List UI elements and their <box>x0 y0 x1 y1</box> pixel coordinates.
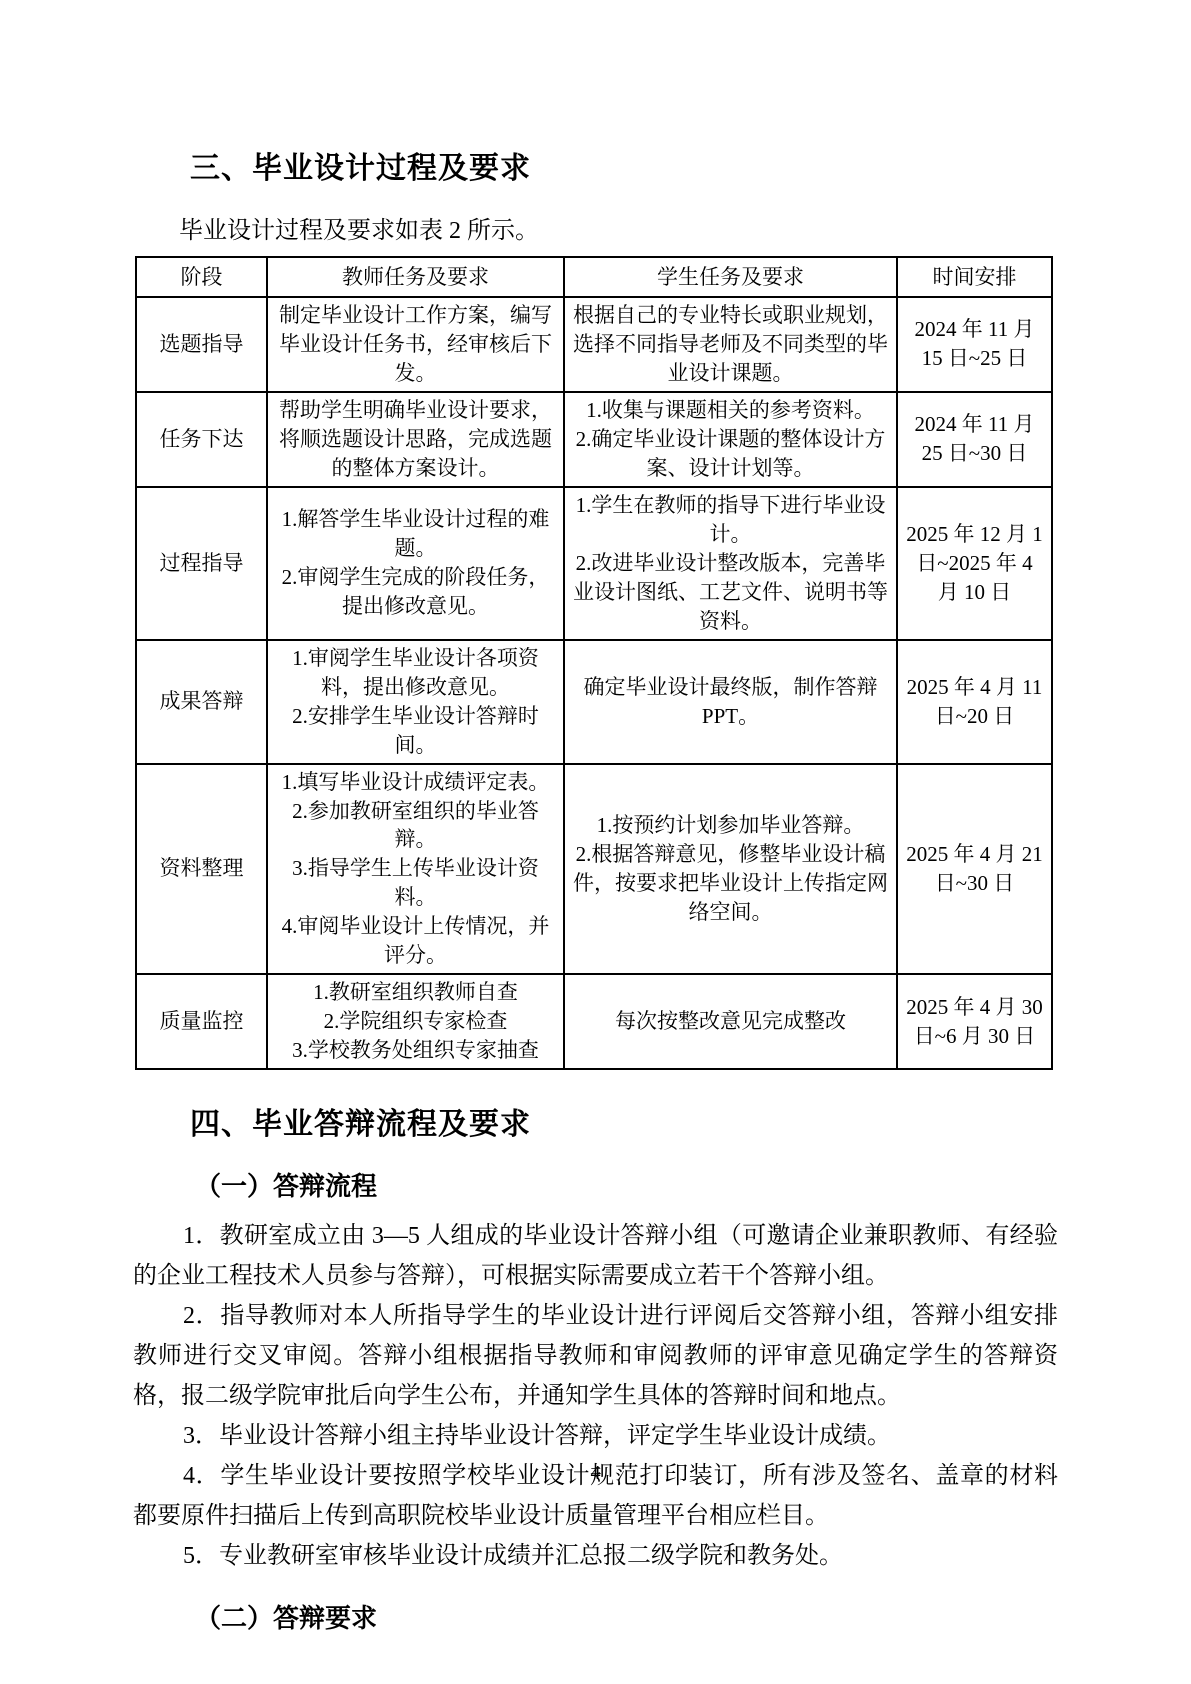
defense-paragraph: 1．教研室成立由 3—5 人组成的毕业设计答辩小组（可邀请企业兼职教师、有经验的… <box>133 1216 1058 1296</box>
document-page: 三、毕业设计过程及要求 毕业设计过程及要求如表 2 所示。 阶段 教师任务及要求… <box>0 0 1191 1684</box>
table-header-row: 阶段 教师任务及要求 学生任务及要求 时间安排 <box>136 257 1052 297</box>
stage-cell: 选题指导 <box>136 297 267 392</box>
time-cell: 2025 年 4 月 11 日~20 日 <box>897 640 1052 764</box>
time-cell: 2024 年 11 月 25 日~30 日 <box>897 392 1052 487</box>
time-cell: 2025 年 12 月 1 日~2025 年 4 月 10 日 <box>897 487 1052 640</box>
stage-cell: 成果答辩 <box>136 640 267 764</box>
header-schedule: 时间安排 <box>897 257 1052 297</box>
student-cell: 根据自己的专业特长或职业规划，选择不同指导老师及不同类型的毕业设计课题。 <box>564 297 897 392</box>
process-requirements-table: 阶段 教师任务及要求 学生任务及要求 时间安排 选题指导 制定毕业设计工作方案，… <box>135 256 1053 1070</box>
student-cell: 1.学生在教师的指导下进行毕业设计。 2.改进毕业设计整改版本，完善毕业设计图纸… <box>564 487 897 640</box>
defense-process-subheading: （一）答辩流程 <box>195 1170 1058 1202</box>
table-intro-text: 毕业设计过程及要求如表 2 所示。 <box>133 214 1058 248</box>
defense-requirements-subheading: （二）答辩要求 <box>195 1602 1058 1634</box>
stage-cell: 任务下达 <box>136 392 267 487</box>
teacher-cell: 1.填写毕业设计成绩评定表。 2.参加教研室组织的毕业答辩。 3.指导学生上传毕… <box>267 764 564 975</box>
stage-cell: 过程指导 <box>136 487 267 640</box>
student-cell: 每次按整改意见完成整改 <box>564 974 897 1069</box>
defense-paragraph: 2．指导教师对本人所指导学生的毕业设计进行评阅后交答辩小组，答辩小组安排教师进行… <box>133 1296 1058 1416</box>
teacher-cell: 1.解答学生毕业设计过程的难题。 2.审阅学生完成的阶段任务，提出修改意见。 <box>267 487 564 640</box>
teacher-cell: 1.教研室组织教师自查 2.学院组织专家检查 3.学校教务处组织专家抽查 <box>267 974 564 1069</box>
time-cell: 2025 年 4 月 21 日~30 日 <box>897 764 1052 975</box>
time-cell: 2025 年 4 月 30 日~6 月 30 日 <box>897 974 1052 1069</box>
time-cell: 2024 年 11 月 15 日~25 日 <box>897 297 1052 392</box>
stage-cell: 质量监控 <box>136 974 267 1069</box>
table-row: 过程指导 1.解答学生毕业设计过程的难题。 2.审阅学生完成的阶段任务，提出修改… <box>136 487 1052 640</box>
teacher-cell: 1.审阅学生毕业设计各项资料，提出修改意见。 2.安排学生毕业设计答辩时间。 <box>267 640 564 764</box>
student-cell: 确定毕业设计最终版，制作答辩 PPT。 <box>564 640 897 764</box>
page-number: 4 <box>0 1462 1191 1485</box>
table-row: 成果答辩 1.审阅学生毕业设计各项资料，提出修改意见。 2.安排学生毕业设计答辩… <box>136 640 1052 764</box>
header-stage: 阶段 <box>136 257 267 297</box>
teacher-cell: 帮助学生明确毕业设计要求，将顺选题设计思路，完成选题的整体方案设计。 <box>267 392 564 487</box>
teacher-cell: 制定毕业设计工作方案，编写毕业设计任务书，经审核后下发。 <box>267 297 564 392</box>
student-cell: 1.收集与课题相关的参考资料。 2.确定毕业设计课题的整体设计方案、设计计划等。 <box>564 392 897 487</box>
defense-process-paragraphs: 1．教研室成立由 3—5 人组成的毕业设计答辩小组（可邀请企业兼职教师、有经验的… <box>133 1216 1058 1576</box>
table-row: 资料整理 1.填写毕业设计成绩评定表。 2.参加教研室组织的毕业答辩。 3.指导… <box>136 764 1052 975</box>
header-teacher-tasks: 教师任务及要求 <box>267 257 564 297</box>
section3-heading: 三、毕业设计过程及要求 <box>190 150 1058 188</box>
student-cell: 1.按预约计划参加毕业答辩。 2.根据答辩意见，修整毕业设计稿件，按要求把毕业设… <box>564 764 897 975</box>
stage-cell: 资料整理 <box>136 764 267 975</box>
section4-heading: 四、毕业答辩流程及要求 <box>190 1106 1058 1144</box>
header-student-tasks: 学生任务及要求 <box>564 257 897 297</box>
defense-paragraph: 5．专业教研室审核毕业设计成绩并汇总报二级学院和教务处。 <box>133 1536 1058 1576</box>
defense-paragraph: 3．毕业设计答辩小组主持毕业设计答辩，评定学生毕业设计成绩。 <box>133 1416 1058 1456</box>
table-row: 选题指导 制定毕业设计工作方案，编写毕业设计任务书，经审核后下发。 根据自己的专… <box>136 297 1052 392</box>
table-row: 任务下达 帮助学生明确毕业设计要求，将顺选题设计思路，完成选题的整体方案设计。 … <box>136 392 1052 487</box>
table-row: 质量监控 1.教研室组织教师自查 2.学院组织专家检查 3.学校教务处组织专家抽… <box>136 974 1052 1069</box>
